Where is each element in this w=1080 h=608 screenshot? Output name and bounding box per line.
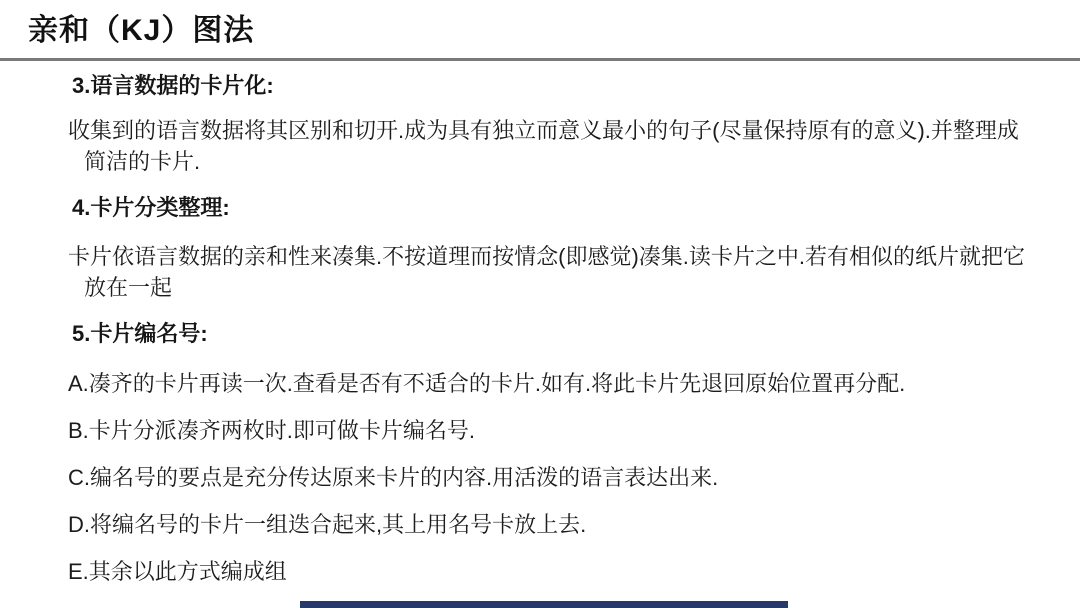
section-4-body: 卡片依语言数据的亲和性来凑集.不按道理而按情念(即感觉)凑集.读卡片之中.若有相… bbox=[68, 241, 1052, 303]
slide-content: 3.语言数据的卡片化: 收集到的语言数据将其区别和切开.成为具有独立而意义最小的… bbox=[0, 73, 1080, 587]
step-item-d: D.将编名号的卡片一组迭合起来,其上用名号卡放上去. bbox=[68, 509, 1052, 540]
step-item-b: B.卡片分派凑齐两枚时.即可做卡片编名号. bbox=[68, 415, 1052, 446]
section-3-heading: 3.语言数据的卡片化: bbox=[72, 73, 1052, 99]
step-item-a: A.凑齐的卡片再读一次.查看是否有不适合的卡片.如有.将此卡片先退回原始位置再分… bbox=[68, 368, 1052, 399]
step-list: A.凑齐的卡片再读一次.查看是否有不适合的卡片.如有.将此卡片先退回原始位置再分… bbox=[68, 368, 1052, 587]
slide: 亲和（KJ）图法 3.语言数据的卡片化: 收集到的语言数据将其区别和切开.成为具… bbox=[0, 0, 1080, 608]
step-item-e: E.其余以此方式编成组 bbox=[68, 556, 1052, 587]
section-3-body: 收集到的语言数据将其区别和切开.成为具有独立而意义最小的句子(尽量保持原有的意义… bbox=[68, 115, 1052, 177]
section-4-heading: 4.卡片分类整理: bbox=[72, 195, 1052, 221]
footer-accent-bar bbox=[300, 601, 788, 608]
step-item-c: C.编名号的要点是充分传达原来卡片的内容.用活泼的语言表达出来. bbox=[68, 462, 1052, 493]
page-title: 亲和（KJ）图法 bbox=[28, 0, 1080, 49]
title-divider bbox=[0, 58, 1080, 61]
section-5-heading: 5.卡片编名号: bbox=[72, 321, 1052, 347]
